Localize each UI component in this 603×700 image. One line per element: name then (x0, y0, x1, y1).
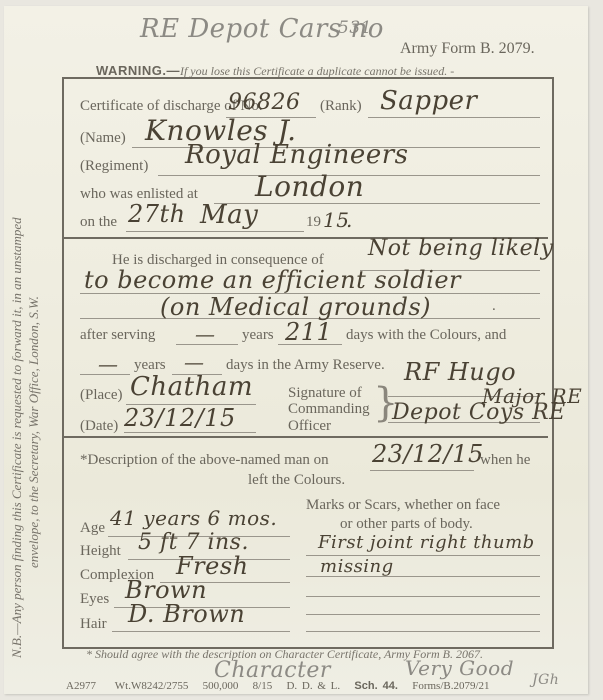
print-code-7: Forms/B.2079/21 (412, 680, 489, 692)
reserve-days-value[interactable]: — (184, 350, 205, 374)
initials: JGh (532, 672, 559, 688)
discharge-reason-line-2[interactable]: to become an efficient soldier (84, 266, 461, 294)
enlisted-year-prefix: 19 (306, 214, 321, 231)
colours-years-value[interactable]: — (195, 322, 216, 346)
section-divider-2 (64, 436, 548, 438)
print-code-5: D. D. & L. (286, 680, 340, 692)
colours-years-label: years (242, 327, 274, 344)
print-codes: A2977 Wt.W8242/2755 500,000 8/15 D. D. &… (66, 680, 490, 692)
hair-value[interactable]: D. Brown (128, 600, 245, 628)
after-serving-label: after serving (80, 327, 155, 344)
description-heading: *Description of the above-named man on (80, 452, 329, 469)
rank-label: (Rank) (320, 98, 362, 115)
height-label: Height (80, 543, 121, 560)
date-label: (Date) (80, 418, 118, 435)
enlisted-month-value[interactable]: May (200, 200, 258, 230)
name-label: (Name) (80, 130, 126, 147)
print-code-2: Wt.W8242/2755 (115, 680, 189, 692)
signature-label-1: Signature of (288, 385, 362, 402)
marks-heading-1: Marks or Scars, whether on face (306, 497, 500, 514)
enlisted-day-value[interactable]: 27th (128, 200, 186, 228)
discharge-reason-line-3[interactable]: (on Medical grounds) (160, 293, 431, 321)
description-heading-line-2: left the Colours. (248, 472, 345, 489)
reason-end-dot: . (492, 298, 496, 315)
print-code-1: A2977 (66, 680, 96, 692)
commanding-officer-unit[interactable]: Depot Coys RE (392, 400, 566, 425)
discharge-reason-line-1[interactable]: Not being likely (368, 236, 554, 261)
place-label: (Place) (80, 387, 122, 404)
side-note-line-2: envelope, to the Secretary, War Office, … (25, 68, 42, 668)
marks-value-line-2[interactable]: missing (320, 556, 394, 577)
description-date-value[interactable]: 23/12/15 (372, 440, 484, 468)
rank-value[interactable]: Sapper (380, 86, 477, 116)
eyes-label: Eyes (80, 591, 109, 608)
commanding-officer-signature[interactable]: RF Hugo (404, 358, 516, 386)
pencil-number: 531 (338, 18, 372, 38)
age-label: Age (80, 520, 105, 537)
form-label: Army Form B. 2079. (400, 40, 535, 58)
certificate-number-value[interactable]: 96826 (228, 90, 301, 115)
discharge-date-value[interactable]: 23/12/15 (124, 404, 236, 432)
on-the-label: on the (80, 214, 117, 231)
print-code-3: 500,000 (203, 680, 239, 692)
warning-text: If you lose this Certificate a duplicate… (180, 64, 454, 78)
marks-heading-2: or other parts of body. (340, 516, 473, 533)
description-heading-end: when he (480, 452, 530, 469)
colours-days-label: days with the Colours, and (346, 327, 506, 344)
side-note: N.B.—Any person finding this Certificate… (8, 68, 42, 668)
character-value[interactable]: Very Good (405, 656, 514, 680)
side-note-line-1: N.B.—Any person finding this Certificate… (8, 68, 25, 668)
colours-days-value[interactable]: 211 (285, 318, 332, 346)
regiment-value[interactable]: Royal Engineers (185, 140, 408, 170)
print-code-4: 8/15 (253, 680, 273, 692)
regiment-label: (Regiment) (80, 158, 148, 175)
marks-value-line-1[interactable]: First joint right thumb (318, 532, 535, 553)
signature-label-3: Officer (288, 418, 331, 435)
signature-label-2: Commanding (288, 401, 370, 418)
reserve-years-value[interactable]: — (98, 352, 119, 376)
place-value[interactable]: Chatham (130, 372, 253, 402)
enlisted-period: . (346, 208, 353, 232)
enlisted-place-value[interactable]: London (255, 170, 364, 203)
warning-heading: WARNING.— (96, 63, 180, 78)
age-value[interactable]: 41 years 6 mos. (110, 506, 277, 530)
hair-label: Hair (80, 616, 107, 633)
print-code-6: Sch. 44. (354, 680, 398, 692)
